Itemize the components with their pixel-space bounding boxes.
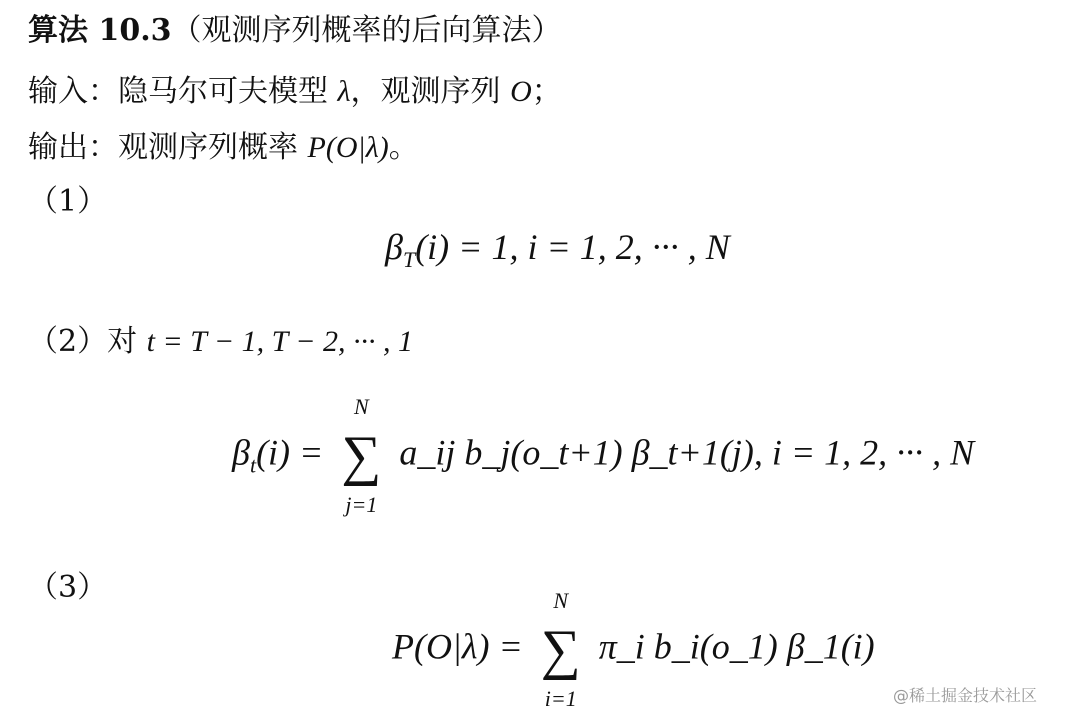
summation: N∑i=1 — [536, 622, 586, 678]
input-text: 隐马尔可夫模型 — [118, 74, 338, 109]
step-1-formula: βT(i) = 1, i = 1, 2, ··· , N — [385, 226, 730, 273]
formula-body: π_i b_i(o_1) β_1(i) — [599, 626, 875, 666]
step-2-line: （2）对 t = T − 1, T − 2, ··· , 1 — [28, 316, 413, 360]
formula-rest: (i) = 1, i = 1, 2, ··· , N — [415, 227, 730, 267]
input-text-2: ，观测序列 — [351, 74, 511, 109]
punct: ； — [532, 74, 562, 109]
beta-symbol: β — [385, 227, 403, 267]
sum-upper: N — [336, 394, 386, 420]
output-text: 观测序列概率 — [118, 130, 308, 165]
step-3-label: （3） — [28, 562, 107, 606]
watermark: @稀土掘金技术社区 — [893, 683, 1037, 706]
sum-lower: i=1 — [526, 686, 596, 712]
lambda-symbol: λ — [338, 75, 351, 108]
sum-lower: j=1 — [326, 492, 396, 518]
step-2-label: （2） — [28, 324, 107, 359]
input-line: 输入：隐马尔可夫模型 λ，观测序列 O； — [28, 66, 562, 110]
step-1-label: （1） — [28, 176, 107, 220]
sigma-icon: ∑ — [536, 622, 586, 678]
beta-symbol: β — [232, 432, 250, 472]
input-label: 输入： — [28, 74, 118, 109]
subscript: T — [403, 247, 415, 272]
sigma-icon: ∑ — [336, 428, 386, 484]
punct: 。 — [389, 130, 419, 165]
output-line: 输出：观测序列概率 P(O|λ)。 — [28, 122, 419, 166]
summation: N∑j=1 — [336, 428, 386, 484]
algorithm-title: 算法 10.3（观测序列概率的后向算法） — [28, 5, 562, 49]
output-label: 输出： — [28, 130, 118, 165]
lhs-arg: (i) = — [256, 432, 323, 472]
algorithm-name: （观测序列概率的后向算法） — [172, 13, 562, 48]
step-2-range: t = T − 1, T − 2, ··· , 1 — [147, 325, 413, 358]
step-2-text: 对 — [107, 324, 147, 359]
output-formula: P(O|λ) — [308, 131, 389, 164]
formula-body: a_ij b_j(o_t+1) β_t+1(j), i = 1, 2, ··· … — [399, 432, 974, 472]
algorithm-number: 算法 10.3 — [28, 13, 172, 48]
observation-symbol: O — [510, 75, 532, 108]
step-2-formula: βt(i) = N∑j=1 a_ij b_j(o_t+1) β_t+1(j), … — [232, 428, 974, 484]
lhs: P(O|λ) = — [392, 626, 523, 666]
step-3-formula: P(O|λ) = N∑i=1 π_i b_i(o_1) β_1(i) — [392, 622, 875, 678]
sum-upper: N — [536, 588, 586, 614]
